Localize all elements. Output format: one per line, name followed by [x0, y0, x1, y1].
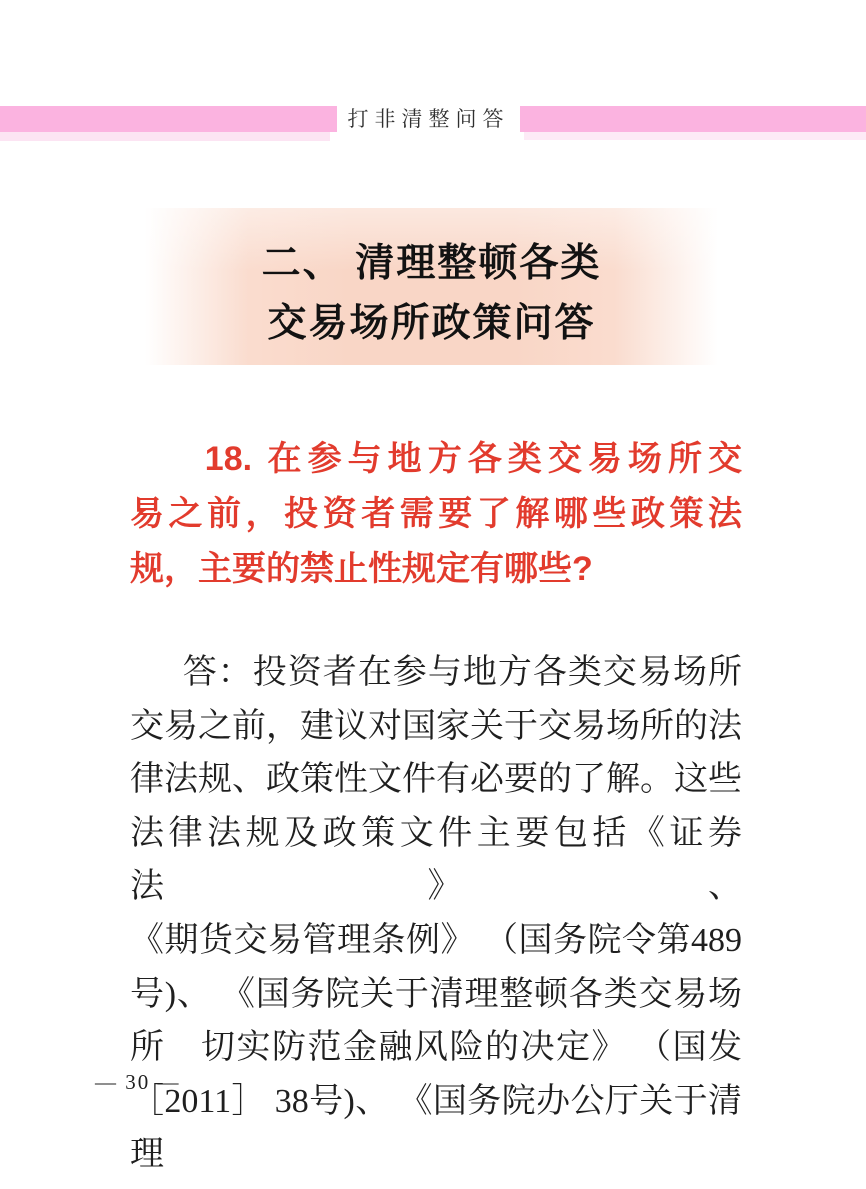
section-title-line-2: 交易场所政策问答 — [145, 294, 718, 354]
answer-block: 答：投资者在参与地方各类交易场所 交易之前，建议对国家关于交易场所的法 律法规、… — [130, 646, 742, 1182]
header-bar-right — [520, 106, 866, 132]
answer-line: 律法规、政策性文件有必要的了解。这些 — [130, 753, 742, 807]
answer-line: 号)、 《国务院关于清理整顿各类交易场 — [130, 968, 742, 1022]
question-line: 18. 在参与地方各类交易场所交 — [130, 432, 742, 487]
header-bar-left — [0, 106, 337, 132]
question-line: 易之前，投资者需要了解哪些政策法 — [130, 487, 742, 542]
answer-line: 答：投资者在参与地方各类交易场所 — [130, 646, 742, 700]
answer-line: 交易之前，建议对国家关于交易场所的法 — [130, 700, 742, 754]
section-banner: 二、 清理整顿各类 交易场所政策问答 — [145, 208, 718, 365]
header-bar-right-shadow — [524, 132, 866, 140]
page-number: — 30 — — [95, 1070, 181, 1094]
answer-line: 法律法规及政策文件主要包括《证券法》、 — [130, 807, 742, 914]
page-header: 打非清整问答 — [0, 106, 866, 146]
section-title-line-1: 二、 清理整顿各类 — [145, 234, 718, 294]
page-footer: — 30 — — [95, 1070, 181, 1095]
book-page: 打非清整问答 二、 清理整顿各类 交易场所政策问答 18. 在参与地方各类交易场… — [0, 0, 866, 1189]
question-block: 18. 在参与地方各类交易场所交 易之前，投资者需要了解哪些政策法 规，主要的禁… — [130, 432, 742, 597]
running-head-title: 打非清整问答 — [337, 106, 520, 132]
answer-line: 《期货交易管理条例》 （国务院令第489 — [130, 914, 742, 968]
answer-line: 所 切实防范金融风险的决定》 （国发 — [130, 1021, 742, 1075]
header-bar-left-shadow — [0, 132, 330, 141]
answer-line: ［2011］ 38号)、 《国务院办公厅关于清理 — [130, 1075, 742, 1182]
question-line: 规，主要的禁止性规定有哪些? — [130, 542, 742, 597]
